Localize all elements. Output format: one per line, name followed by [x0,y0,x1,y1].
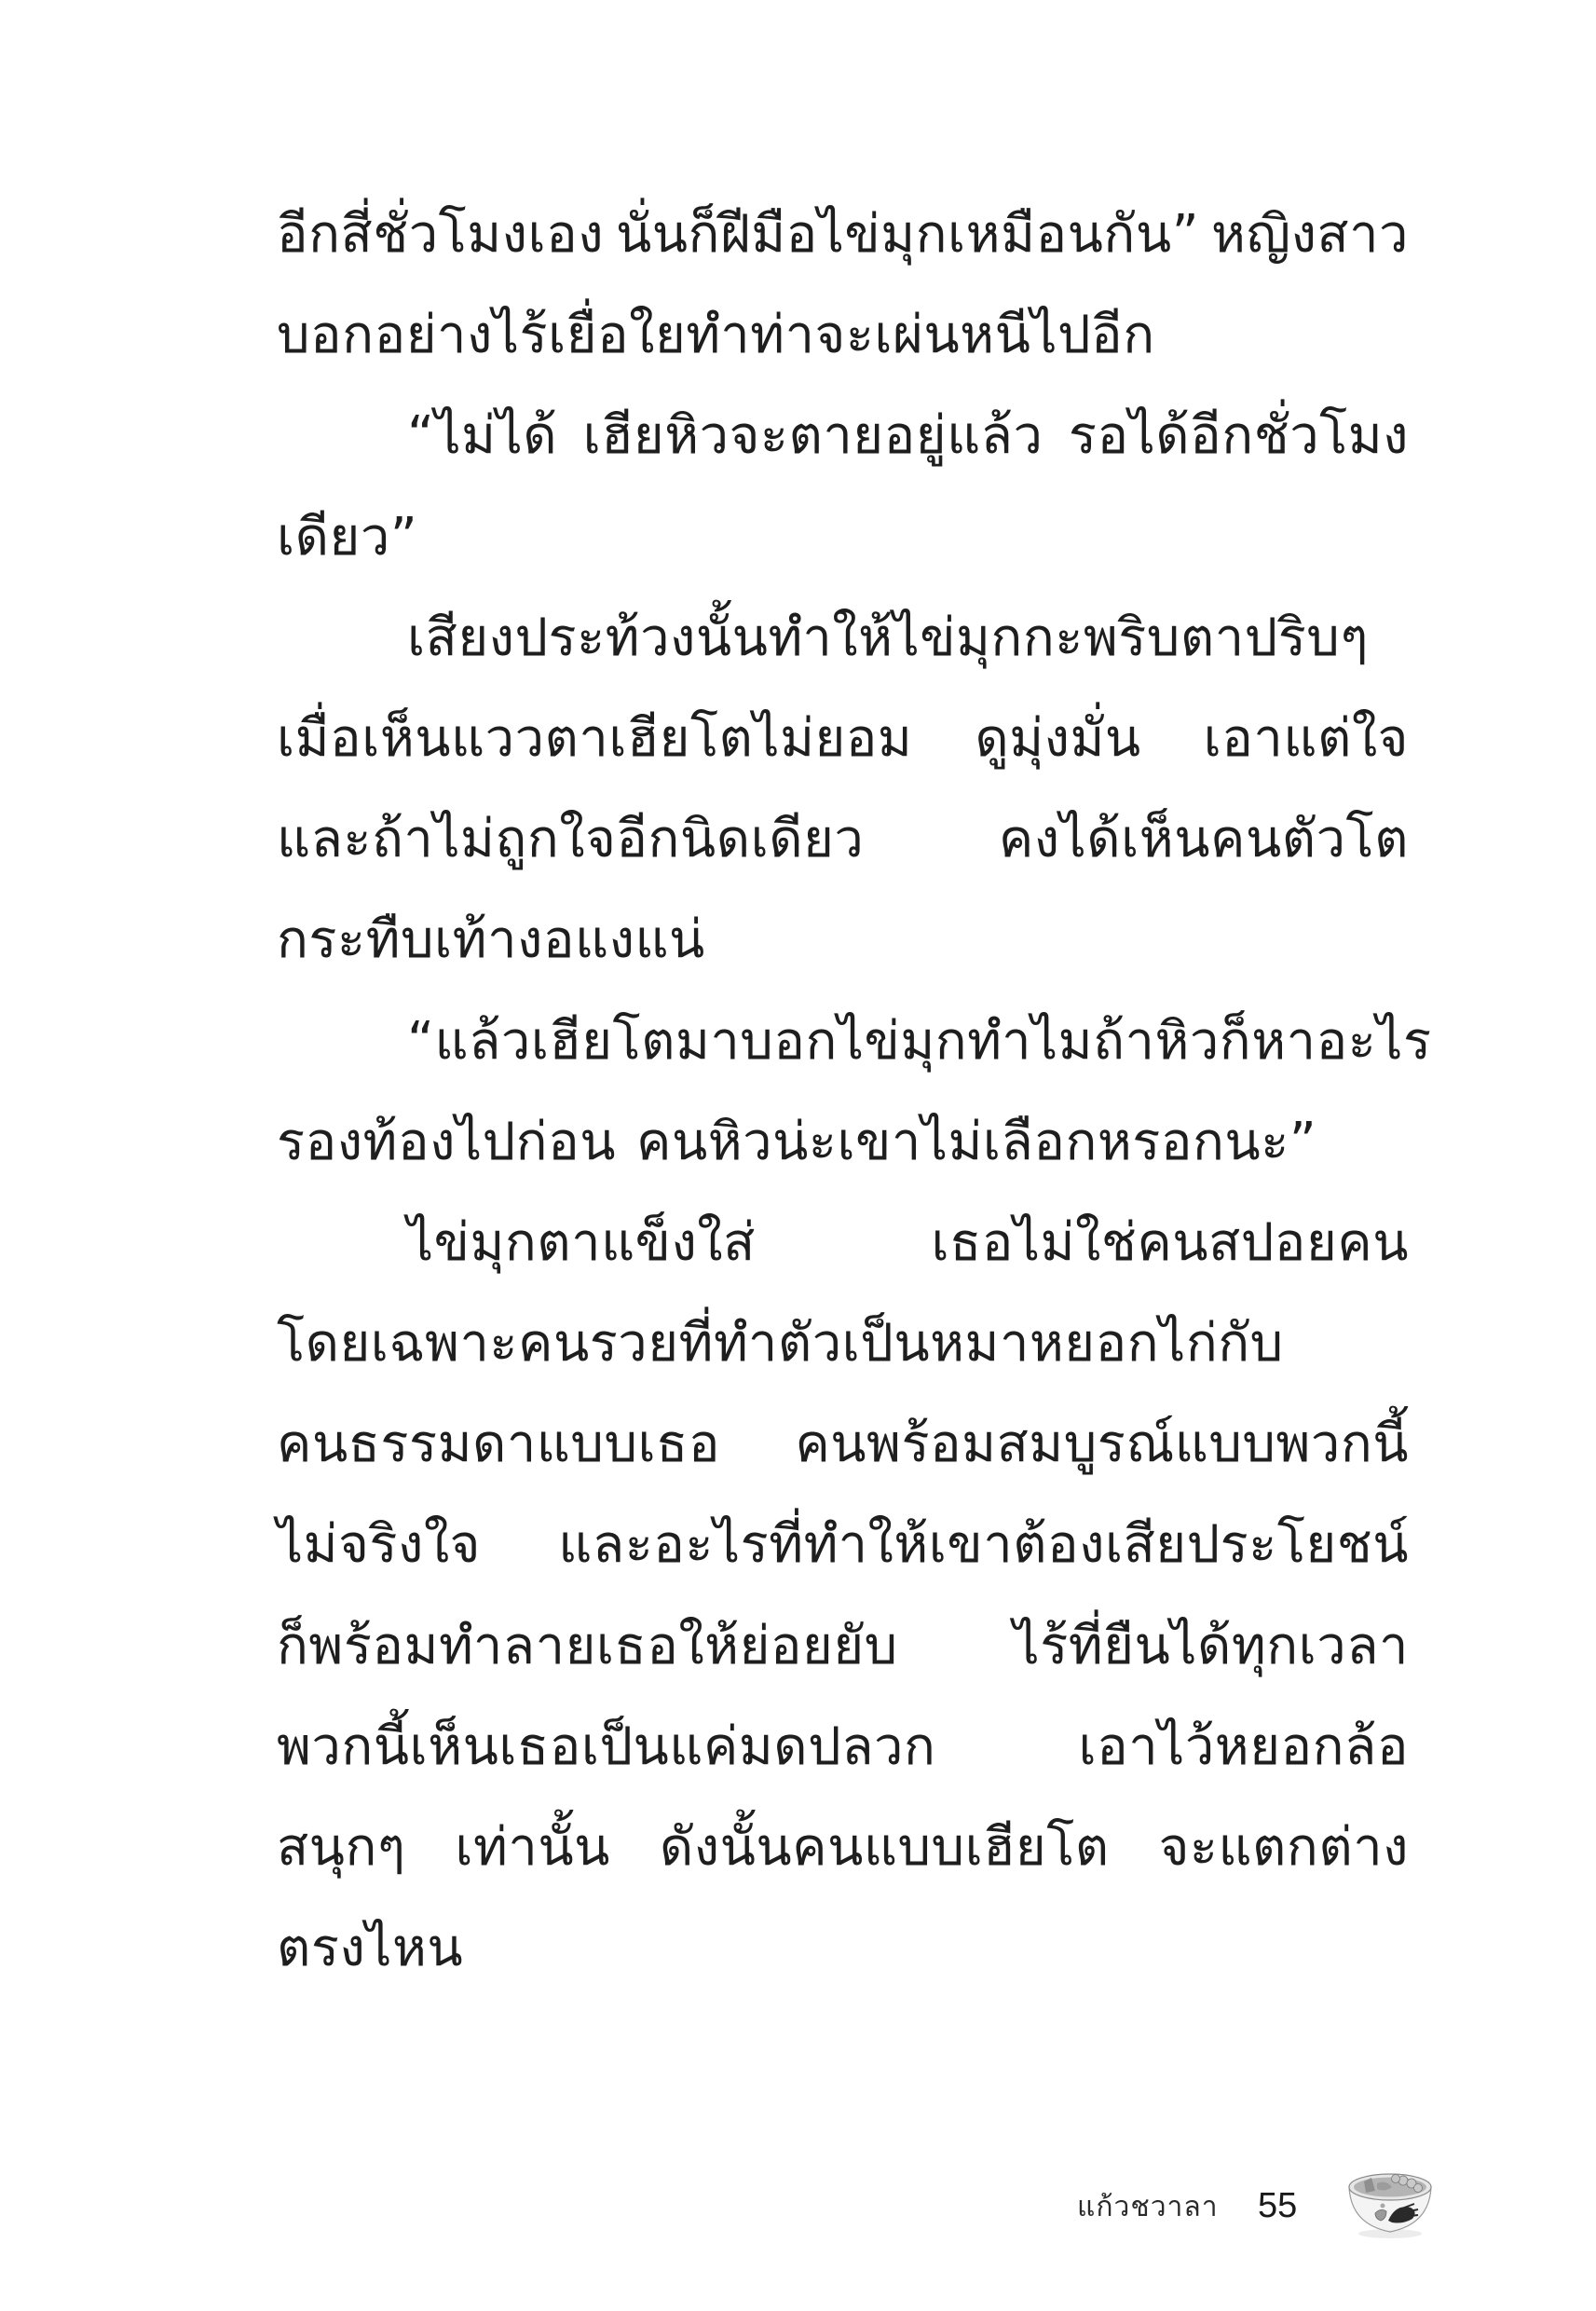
text-line: สนุกๆเท่านั้นดังนั้นคนแบบเฮียโตจะแตกต่าง [277,1798,1409,1898]
text-line: “แล้วเฮียโตมาบอกไข่มุกทำไมถ้าหิวก็หาอะไร [277,991,1409,1092]
text-line: กระทืบเท้างอแงแน่ [277,890,1409,991]
text-segment: ไร้ที่ยืนได้ทุกเวลา [1014,1596,1409,1697]
text-line: โดยเฉพาะคนรวยที่ทำตัวเป็นหมาหยอกไก่กับ [277,1293,1409,1394]
text-segment: คนพร้อมสมบูรณ์แบบพวกนี้ [795,1394,1409,1495]
text-line: “ไม่ได้เฮียหิวจะตายอยู่แล้วรอได้อีกชั่วโ… [277,386,1409,486]
text-line: เสียงประท้วงนั้นทำให้ไข่มุกกะพริบตาปริบๆ [277,588,1409,689]
text-segment: คนหิวน่ะเขาไม่เลือกหรอกนะ” [636,1092,1316,1193]
text-segment: กระทืบเท้างอแงแน่ [277,890,705,991]
text-segment: เมื่อเห็นแววตาเฮียโตไม่ยอม [277,689,912,789]
text-segment: นั่นก็ฝีมือไข่มุกเหมือนกัน” [616,185,1199,285]
text-line: ไม่จริงใจและอะไรที่ทำให้เขาต้องเสียประโย… [277,1495,1409,1595]
text-segment: คนธรรมดาแบบเธอ [277,1394,720,1495]
text-segment: เธอไม่ใช่คนสปอยคน [931,1193,1409,1293]
text-segment: บอกอย่างไร้เยื่อใยทำท่าจะเผ่นหนีไปอีก [277,285,1155,386]
text-segment: จะแตกต่าง [1159,1798,1409,1898]
text-line: ไข่มุกตาแข็งใส่เธอไม่ใช่คนสปอยคน [277,1193,1409,1293]
text-segment: รอได้อีกชั่วโมง [1069,386,1409,486]
text-line: รองท้องไปก่อนคนหิวน่ะเขาไม่เลือกหรอกนะ” [277,1092,1409,1193]
text-segment: หญิงสาว [1211,185,1409,285]
text-segment: อีกสี่ชั่วโมงเอง [277,185,604,285]
text-segment: ไข่มุกตาแข็งใส่ [407,1193,756,1293]
text-segment: ตรงไหน [277,1898,463,1999]
text-line: อีกสี่ชั่วโมงเองนั่นก็ฝีมือไข่มุกเหมือนก… [277,185,1409,285]
text-segment: พวกนี้เห็นเธอเป็นแค่มดปลวก [277,1697,935,1798]
text-segment: เสียงประท้วงนั้นทำให้ไข่มุกกะพริบตาปริบๆ [407,588,1369,689]
text-segment: เท่านั้น [455,1798,610,1898]
text-segment: เฮียหิวจะตายอยู่แล้ว [583,386,1044,486]
noodle-bowl-rooster-icon [1344,2167,1437,2239]
text-segment: สนุกๆ [277,1798,405,1898]
text-segment: โดยเฉพาะคนรวยที่ทำตัวเป็นหมาหยอกไก่กับ [277,1293,1284,1394]
text-segment: และอะไรที่ทำให้เขาต้องเสียประโยชน์ [558,1495,1409,1595]
text-segment: “แล้วเฮียโตมาบอกไข่มุกทำไม [407,991,1093,1092]
text-line: เดียว” [277,487,1409,588]
text-segment: เอาแต่ใจ [1204,689,1409,789]
body-paragraphs: อีกสี่ชั่วโมงเองนั่นก็ฝีมือไข่มุกเหมือนก… [277,185,1409,1999]
text-segment: และถ้าไม่ถูกใจอีกนิดเดียว [277,789,864,890]
text-line: และถ้าไม่ถูกใจอีกนิดเดียวคงได้เห็นคนตัวโ… [277,789,1409,890]
text-segment: รองท้องไปก่อน [277,1092,616,1193]
text-line: บอกอย่างไร้เยื่อใยทำท่าจะเผ่นหนีไปอีก [277,285,1409,386]
text-segment: ดูมุ่งมั่น [975,689,1140,789]
text-line: คนธรรมดาแบบเธอคนพร้อมสมบูรณ์แบบพวกนี้ [277,1394,1409,1495]
text-segment: ถ้าหิวก็หาอะไร [1093,991,1431,1092]
text-line: พวกนี้เห็นเธอเป็นแค่มดปลวกเอาไว้หยอกล้อ [277,1697,1409,1798]
text-line: ก็พร้อมทำลายเธอให้ย่อยยับไร้ที่ยืนได้ทุก… [277,1596,1409,1697]
text-segment: ไม่จริงใจ [277,1495,481,1595]
text-segment: เดียว” [277,487,417,588]
page-number: 55 [1258,2187,1297,2224]
text-segment: ดังนั้นคนแบบเฮียโต [660,1798,1110,1898]
text-line: เมื่อเห็นแววตาเฮียโตไม่ยอมดูมุ่งมั่นเอาแ… [277,689,1409,789]
text-segment: ก็พร้อมทำลายเธอให้ย่อยยับ [277,1596,898,1697]
text-segment: “ไม่ได้ [407,386,557,486]
text-segment: คงได้เห็นคนตัวโต [999,789,1409,890]
text-segment: เอาไว้หยอกล้อ [1078,1697,1409,1798]
page-footer: แก้วชวาลา 55 [1071,2167,1444,2241]
book-page: อีกสี่ชั่วโมงเองนั่นก็ฝีมือไข่มุกเหมือนก… [0,0,1596,2311]
text-line: ตรงไหน [277,1898,1409,1999]
running-title: แก้วชวาลา [1077,2189,1219,2226]
